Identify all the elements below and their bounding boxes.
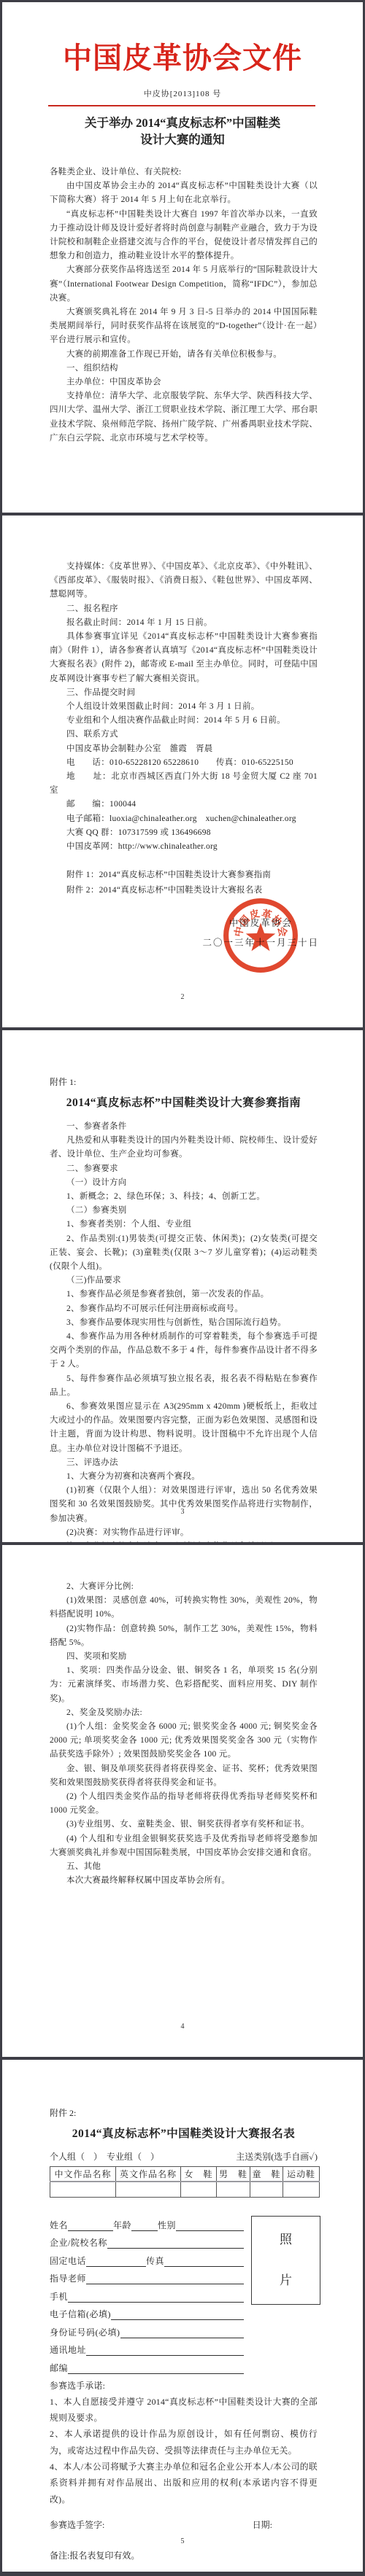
teacher-label: 指导老师 bbox=[50, 2272, 86, 2284]
paragraph: 大赛颁奖典礼将在 2014 年 9 月 3 日-5 日举办的 2014 中国国际… bbox=[50, 306, 318, 348]
paragraph: 五、其他 bbox=[50, 1860, 318, 1874]
paragraph: 3、参赛作品要体现实用性与创新性，贴合国际流行趋势。 bbox=[50, 1316, 318, 1330]
paragraph: 一、组织结构 bbox=[50, 362, 318, 375]
paragraph: 1、参赛者类别：个人组、专业组 bbox=[50, 1218, 318, 1231]
photo-box: 照片 bbox=[251, 2216, 320, 2305]
cell-blank[interactable] bbox=[116, 2182, 181, 2198]
page-5: 附件 2: 2014“真皮标志杯”中国鞋类设计大赛报名表 个人组（ ） 专业组（… bbox=[2, 2060, 363, 2572]
page2-body: 支持媒体：《皮革世界》、《中国皮革》、《北京皮革》、《中外鞋讯》、《西部皮革》、… bbox=[2, 515, 363, 854]
page-3: 附件 1: 2014“真皮标志杯”中国鞋类设计大赛参赛指南 一、参赛者条件凡热爱… bbox=[2, 1030, 363, 1542]
col-men-shoes: 男 鞋 bbox=[217, 2167, 250, 2182]
paragraph: 地 址：北京市西城区西直门外大街 18 号金贸大厦 C2 座 701 室 bbox=[50, 770, 318, 798]
seal-star-icon bbox=[246, 923, 276, 952]
organization-header: 中国皮革协会文件 bbox=[2, 2, 363, 77]
page1-body: 各鞋类企业、设计单位、有关院校:由中国皮革协会主办的 2014“真皮标志杯”中国… bbox=[2, 166, 363, 445]
mobile-label: 手机 bbox=[50, 2290, 68, 2303]
paragraph: 本次大赛最终解释权属中国皮革协会所有。 bbox=[50, 1874, 318, 1888]
paragraph: 金、银、铜及单项奖获得者将获得奖金、证书、奖杯；优秀效果图奖和效果图鼓励奖获得者… bbox=[50, 1762, 318, 1790]
applicant-form: 姓名 年龄 性别 企业/院校名称 固定电话 传真 bbox=[50, 2213, 318, 2374]
email-label: 电子信箱(必填) bbox=[50, 2308, 111, 2320]
telephone-label: 固定电话 bbox=[50, 2254, 86, 2267]
paragraph: （三)作品要求 bbox=[50, 1274, 318, 1288]
notice-title-line2: 设计大赛的通知 bbox=[2, 131, 363, 148]
field-row-mobile: 手机 bbox=[50, 2284, 244, 2303]
pledge-paragraph: 4、本人/本公司将赋予大赛主办单位和冠名企业公开本人/本公司的联系资料并拥有对作… bbox=[50, 2459, 318, 2507]
field-row-telephone: 固定电话 传真 bbox=[50, 2249, 244, 2267]
id-number-label: 身份证号码(必填) bbox=[50, 2326, 120, 2338]
paragraph: 邮 编：100044 bbox=[50, 798, 318, 812]
paragraph: (2)决赛：对实物作品进行评审。 bbox=[50, 1526, 318, 1540]
name-label: 姓名 bbox=[50, 2219, 68, 2231]
table-empty-row bbox=[50, 2182, 320, 2198]
page4-body: 2、大赛评分比例:(1)效果图：灵感创意 40%，可转换实物性 30%，美观性 … bbox=[2, 1545, 363, 1888]
red-divider bbox=[48, 105, 315, 106]
paragraph: (2)实物作品：创意转换 50%，制作工艺 30%，美观性 15%，物料搭配 5… bbox=[50, 1622, 318, 1650]
paragraph: 三、作品提交时间 bbox=[50, 686, 318, 700]
col-chinese-title: 中文作品名称 bbox=[50, 2167, 116, 2182]
entry-form-title: 2014“真皮标志杯”中国鞋类设计大赛报名表 bbox=[50, 2125, 318, 2141]
paragraph: 一、参赛者条件 bbox=[50, 1120, 318, 1134]
cell-blank[interactable] bbox=[50, 2182, 116, 2198]
paragraph: 电子邮箱：luoxia@chinaleather.org xuchen@chin… bbox=[50, 812, 318, 826]
note: 备注:报名表复印有效。 bbox=[50, 2549, 318, 2561]
attachment-label: 附件 1: bbox=[50, 1030, 318, 1088]
paragraph: （一）设计方向 bbox=[50, 1176, 318, 1190]
page-number: 5 bbox=[2, 2537, 363, 2545]
table-header-row: 中文作品名称 英文作品名称 女 鞋 男 鞋 童 鞋 运动鞋 bbox=[50, 2167, 320, 2182]
paragraph: (1)初赛（仅限个人组）：对效果图进行评审，选出 50 名优秀效果图奖和 30 … bbox=[50, 1484, 318, 1526]
pledge-paragraph: 2、本人承诺提供的设计作品为原创设计，如有任何剽窃、模仿行为，或寄达过程中作品失… bbox=[50, 2426, 318, 2459]
paragraph: (2) 个人组四类金奖作品的指导老师将获得优秀指导老师奖奖杯和 1000 元奖金… bbox=[50, 1790, 318, 1818]
col-english-title: 英文作品名称 bbox=[116, 2167, 181, 2182]
field-row-company: 企业/院校名称 bbox=[50, 2231, 244, 2249]
email-blank[interactable] bbox=[111, 2309, 244, 2320]
paragraph: 2、大赛评分比例: bbox=[50, 1580, 318, 1594]
page-2: 支持媒体：《皮革世界》、《中国皮革》、《北京皮革》、《中外鞋讯》、《西部皮革》、… bbox=[2, 515, 363, 1027]
paragraph: 二、参赛要求 bbox=[50, 1162, 318, 1176]
attachment-reference: 附件 1：2014“真皮标志杯”中国鞋类设计大赛参赛指南 bbox=[50, 868, 318, 883]
company-label: 企业/院校名称 bbox=[50, 2236, 107, 2249]
paragraph: 凡热爱和从事鞋类设计的国内外鞋类设计师、院校师生、设计爱好者、设计单位、生产企业… bbox=[50, 1134, 318, 1161]
pledge-section: 参赛选手承诺:1、本人自愿接受并遵守 2014“真皮标志杯”中国鞋类设计大赛的全… bbox=[50, 2378, 318, 2507]
cell-blank[interactable] bbox=[181, 2182, 217, 2198]
col-women-shoes: 女 鞋 bbox=[181, 2167, 217, 2182]
notice-title: 关于举办 2014“真皮标志杯”中国鞋类 设计大赛的通知 bbox=[2, 114, 363, 148]
page-number: 2 bbox=[2, 993, 363, 1001]
paragraph: 2、奖金及奖励办法: bbox=[50, 1706, 318, 1720]
field-row-email: 电子信箱(必填) bbox=[50, 2303, 244, 2321]
photo-label: 照片 bbox=[278, 2219, 293, 2301]
document-pages: 中国皮革协会文件 中皮协[2013]108 号 关于举办 2014“真皮标志杯”… bbox=[0, 0, 365, 2576]
paragraph: 大赛部分获奖作品将选送至 2014 年 5 月底举行的“国际鞋款设计大赛”（In… bbox=[50, 263, 318, 306]
paragraph: (1)效果图：灵感创意 40%，可转换实物性 30%，美观性 20%，物料搭配说… bbox=[50, 1594, 318, 1622]
paragraph: 大赛 QQ 群：107317599 或 136496698 bbox=[50, 826, 318, 840]
page3-body: 一、参赛者条件凡热爱和从事鞋类设计的国内外鞋类设计师、院校师生、设计爱好者、设计… bbox=[2, 1120, 363, 1542]
attachment-list: 附件 1：2014“真皮标志杯”中国鞋类设计大赛参赛指南附件 2：2014“真皮… bbox=[2, 868, 363, 898]
age-blank[interactable] bbox=[131, 2220, 158, 2231]
gender-blank[interactable] bbox=[176, 2220, 244, 2231]
paragraph: 四、奖项和奖励 bbox=[50, 1650, 318, 1664]
paragraph: 1、大赛分为初赛和决赛两个赛段。 bbox=[50, 1470, 318, 1484]
paragraph: 由中国皮革协会主办的 2014“真皮标志杯”中国鞋类设计大赛（以下简称大赛）将于… bbox=[50, 179, 318, 207]
pledge-paragraph: 参赛选手承诺: bbox=[50, 2378, 318, 2394]
paragraph: 6、参赛效果图应显示在 A3(295mm x 420mm )硬板纸上，拒收过大或… bbox=[50, 1400, 318, 1456]
cell-blank[interactable] bbox=[283, 2182, 320, 2198]
attachment-title: 2014“真皮标志杯”中国鞋类设计大赛参赛指南 bbox=[50, 1094, 318, 1110]
group-checkboxes: 个人组（ ） 专业组（ ） bbox=[50, 2150, 159, 2163]
col-sport-shoes: 运动鞋 bbox=[283, 2167, 320, 2182]
age-label: 年龄 bbox=[113, 2219, 131, 2231]
attachment-label: 附件 2: bbox=[50, 2060, 318, 2119]
company-blank[interactable] bbox=[107, 2238, 244, 2249]
zip-blank[interactable] bbox=[68, 2363, 244, 2374]
page-number: 3 bbox=[2, 1508, 363, 1516]
group-selection-line: 个人组（ ） 专业组（ ） 主送类别(选手自画✓) bbox=[50, 2150, 318, 2163]
page-4: 2、大赛评分比例:(1)效果图：灵感创意 40%，可转换实物性 30%，美观性 … bbox=[2, 1545, 363, 2057]
paragraph: 5、每件参赛作品必须填写独立报名表，报名表不得粘贴在参赛作品上。 bbox=[50, 1372, 318, 1400]
paragraph: 中国皮革网：http://www.chinaleather.org bbox=[50, 840, 318, 854]
zip-label: 邮编 bbox=[50, 2362, 68, 2374]
teacher-blank[interactable] bbox=[86, 2273, 244, 2284]
paragraph: 个人组设计效果图截止时间：2014 年 3 月 1 日前。 bbox=[50, 700, 318, 714]
signature-row: 参赛选手签字: 日期: bbox=[50, 2518, 318, 2531]
telephone-blank[interactable] bbox=[86, 2256, 146, 2267]
id-number-blank[interactable] bbox=[120, 2327, 245, 2338]
paragraph: (3)专业组男、女、童鞋类金、银、铜奖获得者享有奖杯和证书。 bbox=[50, 1818, 318, 1832]
name-blank[interactable] bbox=[68, 2220, 113, 2231]
field-row-teacher: 指导老师 bbox=[50, 2267, 244, 2285]
field-row-zip: 邮编 bbox=[50, 2356, 244, 2374]
page-number: 4 bbox=[2, 2023, 363, 2031]
cell-blank[interactable] bbox=[250, 2182, 283, 2198]
mobile-blank[interactable] bbox=[68, 2292, 244, 2303]
address-label: 通讯地址 bbox=[50, 2343, 86, 2356]
field-row-address: 通讯地址 bbox=[50, 2338, 244, 2357]
paragraph: 报名截止时间：2014 年 1 月 15 日前。 bbox=[50, 616, 318, 630]
contestant-signature-label: 参赛选手签字: bbox=[50, 2518, 104, 2531]
gender-label: 性别 bbox=[158, 2219, 176, 2231]
paragraph: 各鞋类企业、设计单位、有关院校: bbox=[50, 166, 318, 179]
paragraph: 三、评选办法 bbox=[50, 1456, 318, 1470]
fax-label: 传真 bbox=[146, 2254, 164, 2267]
fax-blank[interactable] bbox=[164, 2256, 244, 2267]
pledge-paragraph: 1、本人自愿接受并遵守 2014“真皮标志杯”中国鞋类设计大赛的全部规则及要求。 bbox=[50, 2394, 318, 2427]
document-number: 中皮协[2013]108 号 bbox=[2, 87, 363, 99]
paragraph: 1、奖项：四类作品分设金、银、铜奖各 1 名，单项奖 15 名(分别为：元素演绎… bbox=[50, 1664, 318, 1706]
paragraph: 1、参赛作品必须是参赛者独创，第一次发表的作品。 bbox=[50, 1288, 318, 1301]
paragraph: 中国皮革协会制鞋办公室 雒霞 胥晨 bbox=[50, 742, 318, 756]
svg-text:皮: 皮 bbox=[248, 907, 261, 921]
official-seal: 中 国 皮 革 协 会 bbox=[221, 896, 300, 975]
paragraph: 2、参赛作品均不可展示任何注册商标或商号。 bbox=[50, 1302, 318, 1316]
cell-blank[interactable] bbox=[217, 2182, 250, 2198]
paragraph: 专业组和个人组决赛作品截止时间：2014 年 5 月 6 日前。 bbox=[50, 714, 318, 728]
paragraph: (1)个人组：金奖奖金各 6000 元; 银奖奖金各 4000 元; 铜奖奖金各… bbox=[50, 1720, 318, 1762]
field-row-id-number: 身份证号码(必填) bbox=[50, 2320, 244, 2338]
paragraph: 4、参赛作品为用各种材质制作的可穿着鞋类，每个参赛选手可提交两个类别的作品，作品… bbox=[50, 1330, 318, 1372]
category-check-hint: 主送类别(选手自画✓) bbox=[236, 2150, 318, 2163]
date-label: 日期: bbox=[253, 2518, 272, 2531]
col-children-shoes: 童 鞋 bbox=[250, 2167, 283, 2182]
paragraph: 支持单位：清华大学、北京服装学院、东华大学、陕西科技大学、四川大学、温州大学、浙… bbox=[50, 389, 318, 445]
entry-category-table: 中文作品名称 英文作品名称 女 鞋 男 鞋 童 鞋 运动鞋 bbox=[50, 2166, 320, 2198]
paragraph: （二）参赛类别 bbox=[50, 1204, 318, 1218]
paragraph: 主办单位：中国皮革协会 bbox=[50, 375, 318, 389]
paragraph: 1、新概念；2、绿色环保；3、科技；4、创新工艺。 bbox=[50, 1190, 318, 1204]
paragraph: 大赛的前期准备工作现已开始，请各有关单位积极参与。 bbox=[50, 348, 318, 362]
paragraph: 电 话：010-65228120 65228610 传真：010-6522515… bbox=[50, 756, 318, 770]
paragraph: 二、报名程序 bbox=[50, 602, 318, 616]
field-row-name: 姓名 年龄 性别 bbox=[50, 2213, 244, 2231]
paragraph: 四、联系方式 bbox=[50, 728, 318, 742]
page-1: 中国皮革协会文件 中皮协[2013]108 号 关于举办 2014“真皮标志杯”… bbox=[2, 2, 363, 513]
paragraph: 具体参赛事宜详见《2014“真皮标志杯”中国鞋类设计大赛参赛指南》（附件 1），… bbox=[50, 630, 318, 686]
address-blank[interactable] bbox=[86, 2345, 244, 2356]
svg-text:会: 会 bbox=[276, 926, 289, 938]
paragraph: 注：专业组直接参加决赛，同时提交实物作品和效果图。 bbox=[50, 1540, 318, 1542]
notice-title-line1: 关于举办 2014“真皮标志杯”中国鞋类 bbox=[2, 114, 363, 131]
paragraph: (4) 个人组和专业组金银铜奖获奖选手及优秀指导老师将受邀参加大赛颁奖典礼并参观… bbox=[50, 1832, 318, 1860]
paragraph: “真皮标志杯”中国鞋类设计大赛自 1997 年首次举办以来，一直致力于推动设计师… bbox=[50, 208, 318, 264]
paragraph: 支持媒体：《皮革世界》、《中国皮革》、《北京皮革》、《中外鞋讯》、《西部皮革》、… bbox=[50, 560, 318, 602]
paragraph: 2、作品类别:(1)男装类(可提交正装、休闲类)；(2)女装类(可提交正装、宴会… bbox=[50, 1232, 318, 1275]
